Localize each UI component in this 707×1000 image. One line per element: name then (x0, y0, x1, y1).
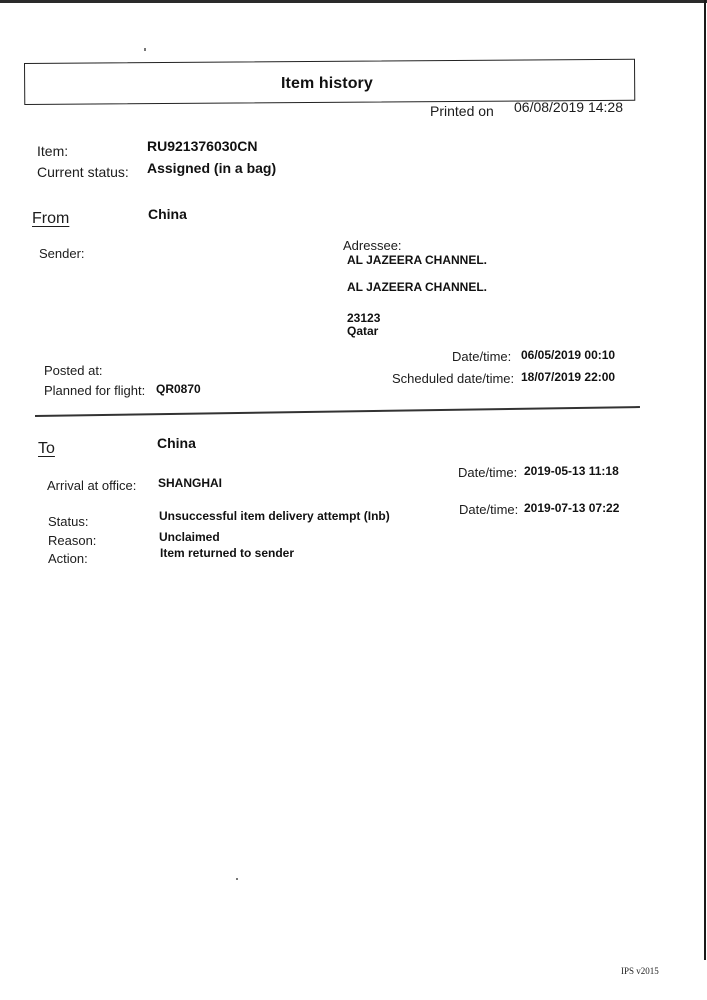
section-divider (35, 406, 640, 416)
status-label: Status: (48, 514, 88, 529)
arrival-office-value: SHANGHAI (158, 476, 222, 490)
posted-at-label: Posted at: (44, 363, 103, 378)
planned-flight-value: QR0870 (156, 382, 201, 396)
scan-edge-top (0, 0, 707, 3)
version-footer: IPS v2015 (621, 966, 659, 976)
item-label: Item: (37, 143, 68, 159)
status-value: Unsuccessful item delivery attempt (Inb) (159, 509, 390, 523)
action-value: Item returned to sender (160, 546, 294, 560)
reason-value: Unclaimed (159, 530, 220, 544)
planned-flight-label: Planned for flight: (44, 383, 145, 398)
addressee-country: Qatar (347, 324, 378, 338)
status-datetime-value: 2019-07-13 07:22 (524, 501, 619, 515)
arrival-datetime-value: 2019-05-13 11:18 (524, 464, 619, 478)
sender-label: Sender: (39, 246, 85, 261)
printed-on-label: Printed on (430, 103, 494, 119)
to-country: China (157, 435, 196, 451)
addressee-postcode: 23123 (347, 311, 380, 325)
printed-on-value: 06/08/2019 14:28 (514, 99, 623, 115)
arrival-datetime-label: Date/time: (458, 465, 517, 480)
item-number: RU921376030CN (147, 138, 258, 154)
scheduled-datetime-value: 18/07/2019 22:00 (521, 370, 615, 384)
reason-label: Reason: (48, 533, 96, 548)
addressee-line-2: AL JAZEERA CHANNEL. (347, 280, 487, 294)
from-country: China (148, 206, 187, 222)
scan-speck (236, 878, 238, 880)
scan-edge-right (704, 0, 706, 960)
posted-datetime-label: Date/time: (452, 349, 511, 364)
current-status-value: Assigned (in a bag) (147, 160, 276, 176)
arrival-office-label: Arrival at office: (47, 478, 136, 493)
page-title: Item history (281, 75, 373, 93)
posted-datetime-value: 06/05/2019 00:10 (521, 348, 615, 362)
addressee-line-1: AL JAZEERA CHANNEL. (347, 253, 487, 267)
status-datetime-label: Date/time: (459, 502, 518, 517)
scheduled-datetime-label: Scheduled date/time: (392, 371, 514, 386)
from-section-heading: From (32, 210, 69, 228)
to-section-heading: To (38, 440, 55, 458)
scan-speck (144, 48, 146, 51)
addressee-label: Adressee: (343, 238, 402, 253)
action-label: Action: (48, 551, 88, 566)
current-status-label: Current status: (37, 164, 129, 180)
